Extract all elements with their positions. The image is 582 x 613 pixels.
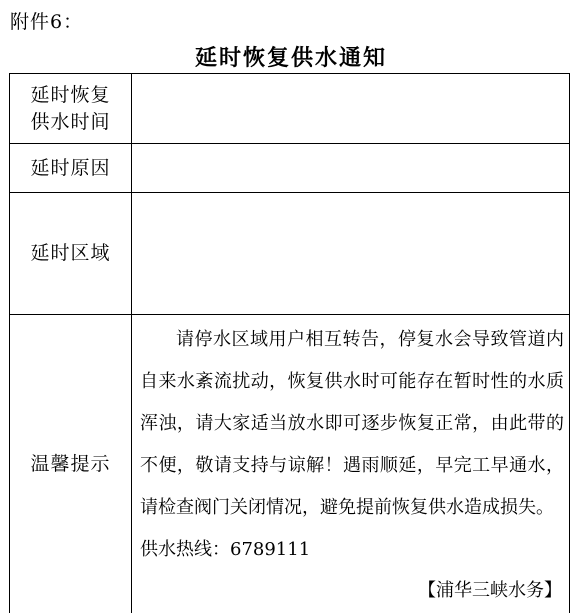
warm-tips-label-cell: 温馨提示 bbox=[10, 315, 132, 613]
restore-time-label-cell: 延时恢复 供水时间 bbox=[10, 74, 132, 144]
table-row-warm-tips: 温馨提示 请停水区域用户相互转告，停复水会导致管道内自来水紊流扰动，恢复供水时可… bbox=[10, 315, 570, 613]
warm-tips-content-cell: 请停水区域用户相互转告，停复水会导致管道内自来水紊流扰动，恢复供水时可能存在暂时… bbox=[132, 315, 570, 613]
delay-area-value-cell bbox=[132, 193, 570, 315]
signature-text: 【浦华三峡水务】 bbox=[140, 571, 562, 611]
table-row-delay-area: 延时区域 bbox=[10, 193, 570, 315]
restore-time-value-cell bbox=[132, 74, 570, 144]
delay-cause-label-cell: 延时原因 bbox=[10, 144, 132, 193]
table-row-restore-time: 延时恢复 供水时间 bbox=[10, 74, 570, 144]
table-row-delay-cause: 延时原因 bbox=[10, 144, 570, 193]
document-page: 附件6： 延时恢复供水通知 延时恢复 供水时间 延时原因 延时区域 温馨提示 请… bbox=[0, 0, 582, 613]
attachment-label: 附件6： bbox=[10, 7, 83, 34]
notice-table: 延时恢复 供水时间 延时原因 延时区域 温馨提示 请停水区域用户相互转告，停复水… bbox=[9, 73, 570, 613]
warm-tips-paragraph: 请停水区域用户相互转告，停复水会导致管道内自来水紊流扰动，恢复供水时可能存在暂时… bbox=[140, 319, 564, 529]
delay-area-label-cell: 延时区域 bbox=[10, 193, 132, 315]
label-line: 供水时间 bbox=[10, 109, 131, 136]
hotline-text: 供水热线：6789111 bbox=[140, 529, 562, 571]
delay-cause-value-cell bbox=[132, 144, 570, 193]
page-title: 延时恢复供水通知 bbox=[0, 41, 582, 72]
label-line: 延时恢复 bbox=[10, 82, 131, 109]
